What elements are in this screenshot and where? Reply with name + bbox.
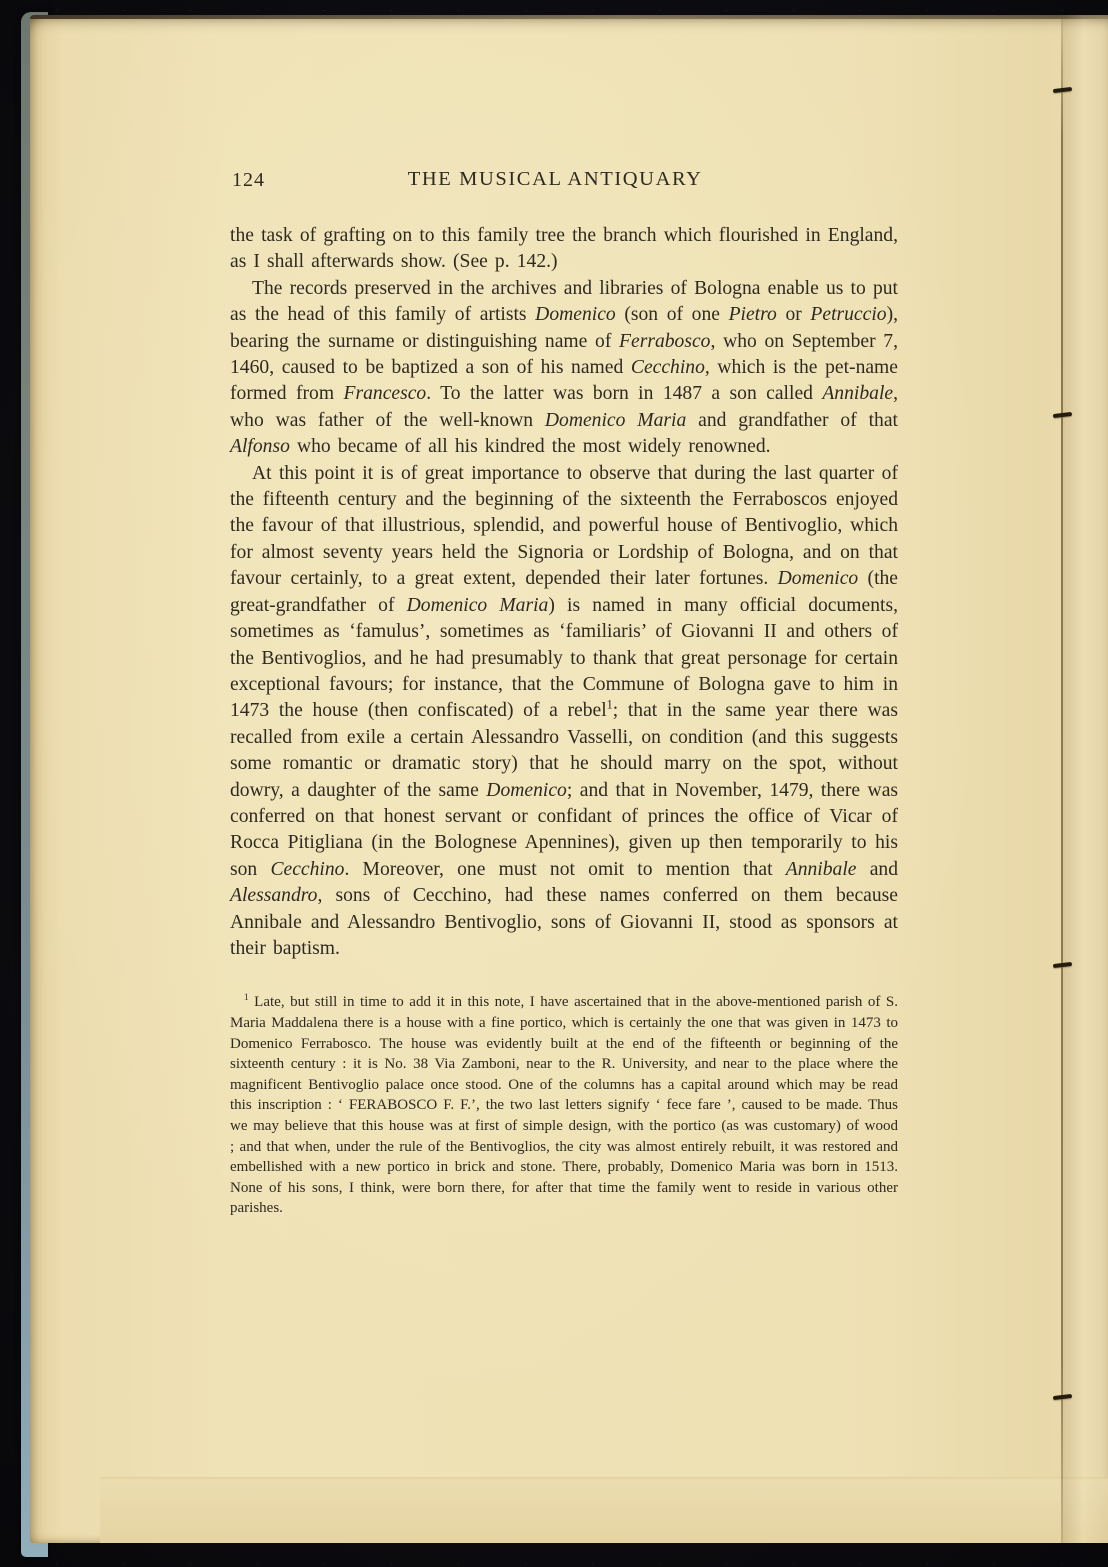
running-title: THE MUSICAL ANTIQUARY (408, 168, 703, 191)
under-page-edge (100, 1477, 1108, 1543)
page-number: 124 (232, 169, 265, 192)
body-text: the task of grafting on to this family t… (230, 223, 898, 962)
body-paragraph-3: At this point it is of great importance … (230, 461, 898, 963)
photo-backdrop: 124 THE MUSICAL ANTIQUARY the task of gr… (0, 0, 1108, 1567)
book-page: 124 THE MUSICAL ANTIQUARY the task of gr… (30, 15, 1108, 1543)
binding-gutter-crease (1061, 19, 1063, 1543)
binding-gutter-shading (1063, 15, 1108, 1543)
printed-content: 124 THE MUSICAL ANTIQUARY the task of gr… (230, 167, 898, 1219)
footnote: 1 Late, but still in time to add it in t… (230, 992, 898, 1219)
page-header: 124 THE MUSICAL ANTIQUARY (230, 167, 898, 197)
page-stack-top-edge (30, 15, 1108, 19)
body-paragraph-2: The records preserved in the archives an… (230, 276, 898, 461)
body-paragraph-1: the task of grafting on to this family t… (230, 223, 898, 276)
